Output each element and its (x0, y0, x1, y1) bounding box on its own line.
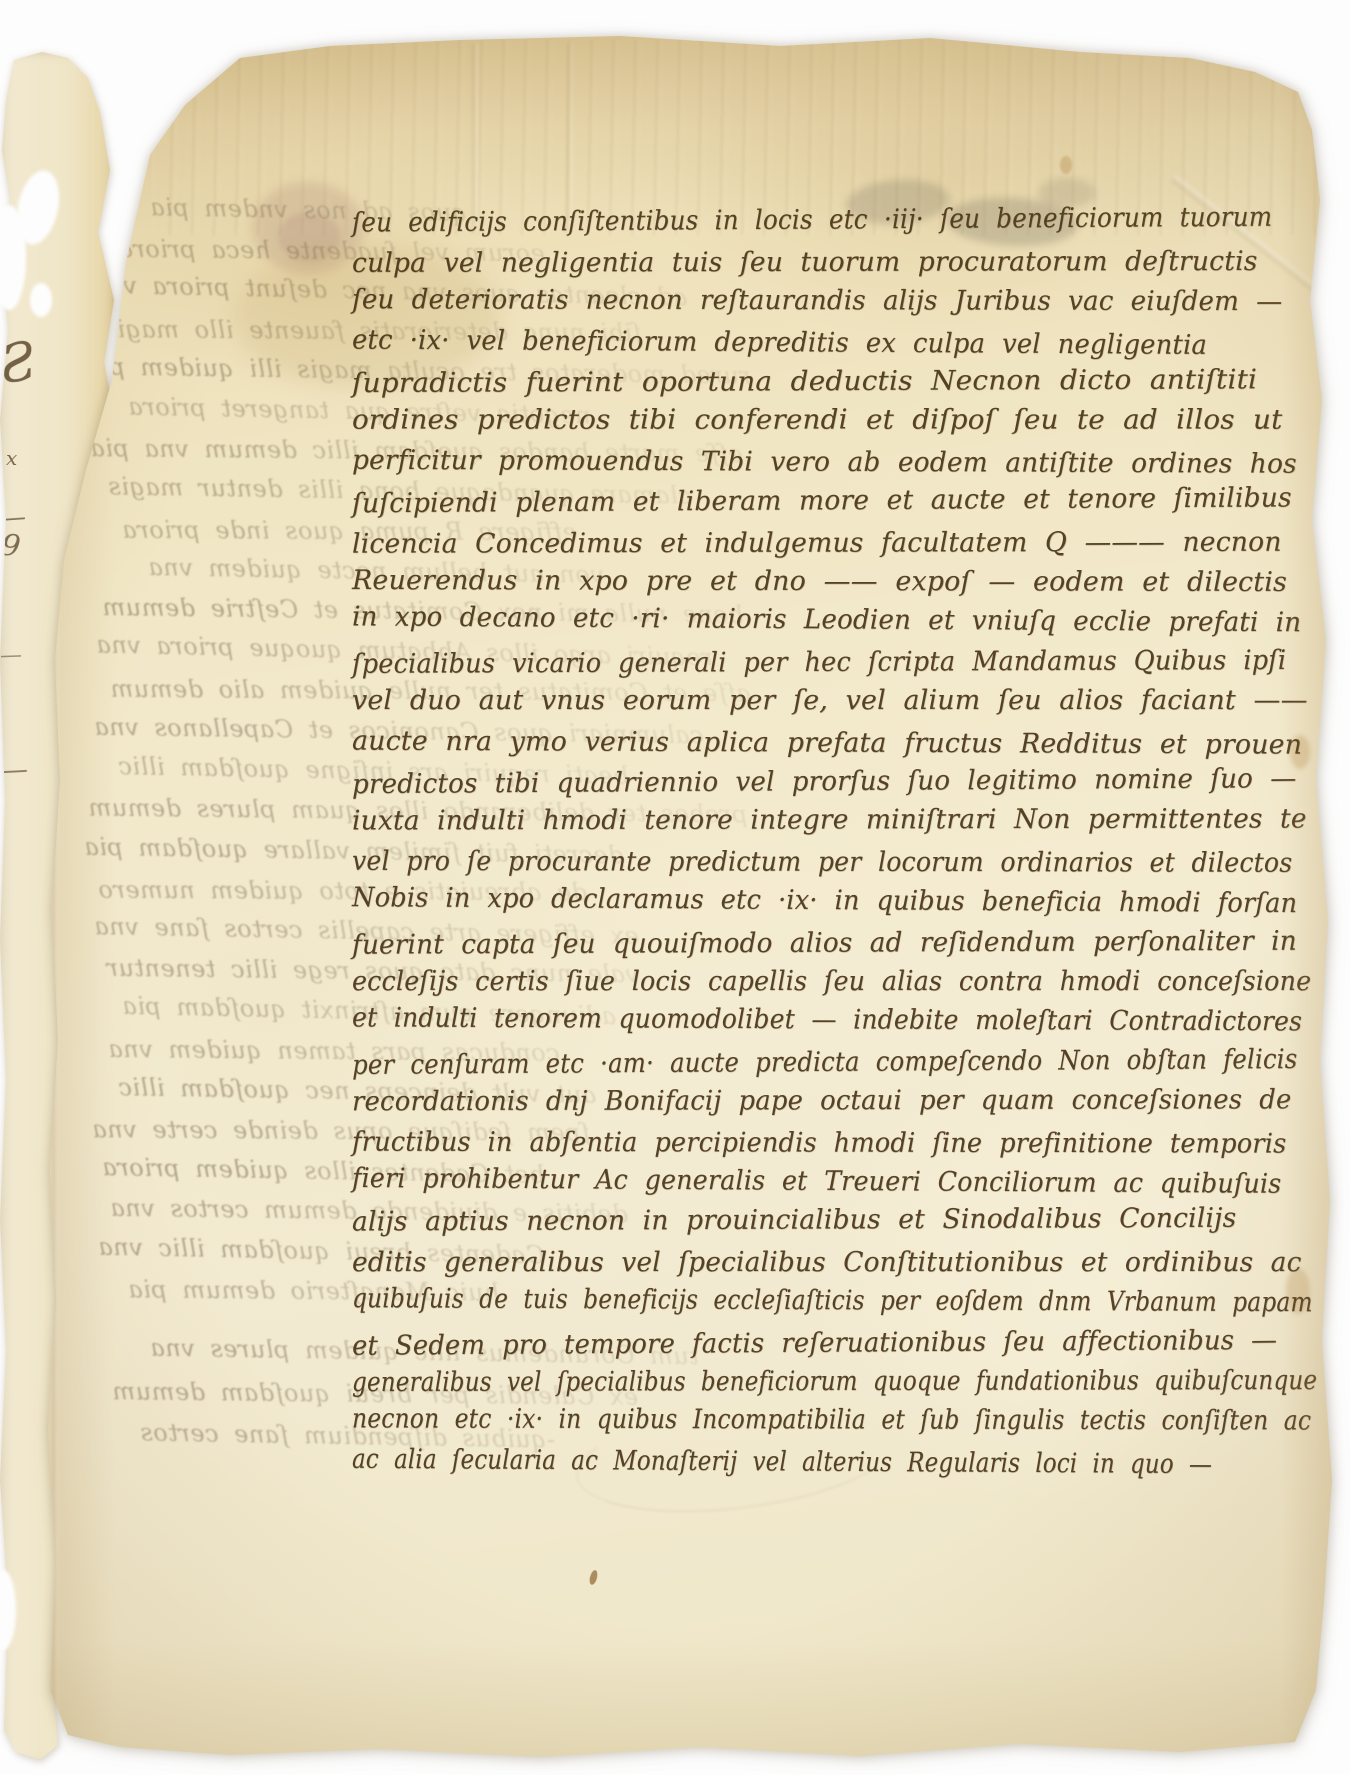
fragment-ink-mark: 9 (0, 531, 22, 563)
text-line: predictos tibi quadriennio vel prorſus ſ… (352, 759, 1332, 805)
text-line-ink: ſpecialibus vicario generali per hec ſcr… (352, 641, 1286, 685)
text-line-ink: ordines predictos tibi conferendi et diſ… (352, 400, 1282, 440)
worm-hole (129, 93, 148, 110)
rust-stain (1060, 156, 1072, 174)
text-line-ink: iuxta indulti hmodi tenore integre miniſ… (352, 799, 1307, 841)
text-line-ink: per cenſuram etc ·am· aucte predicta com… (352, 1040, 1298, 1086)
text-line: fructibus in abſentia percipiendis hmodi… (352, 1123, 1332, 1165)
manuscript-paper: quos ad nos vndem piaeorum vel ſuadente … (30, 36, 1340, 1770)
text-line-ink: et Sedem pro tempore factis reſeruationi… (352, 1321, 1277, 1367)
text-line-ink: ac alia ſecularia ac Monaſterij vel alte… (352, 1440, 1212, 1485)
text-line: et indulti tenorem quomodolibet — indebi… (352, 998, 1332, 1042)
text-line: quibuſuis de tuis beneficijs eccleſiaſti… (352, 1279, 1332, 1323)
text-line: generalibus vel ſpecialibus beneficiorum… (352, 1361, 1332, 1403)
text-line: Reuerendus in xpo pre et dno —— expoſ — … (352, 561, 1332, 603)
fragment-ink-mark: — (0, 504, 27, 532)
text-line-ink: perficitur promouendus Tibi vero ab eode… (352, 441, 1297, 485)
text-line-ink: ſeu edificijs conſiſtentibus in locis et… (352, 198, 1272, 244)
text-line: per cenſuram etc ·am· aucte predicta com… (352, 1040, 1332, 1086)
wine-stain (252, 182, 364, 274)
text-line-ink: generalibus vel ſpecialibus beneficiorum… (352, 1361, 1317, 1403)
text-line: et Sedem pro tempore factis reſeruationi… (352, 1321, 1332, 1367)
text-line-ink: predictos tibi quadriennio vel prorſus ſ… (352, 759, 1297, 805)
scanner-background: Ƨx—9—— (0, 0, 1350, 1775)
text-line-ink: etc ·ix· vel beneficiorum depreditis ex … (352, 321, 1207, 366)
text-line-ink: aucte nra ymo verius aplica prefata fruc… (352, 722, 1302, 766)
text-line-ink: eccleſijs certis ſiue locis capellis ſeu… (352, 962, 1311, 1002)
text-line: ſeu edificijs conſiſtentibus in locis et… (352, 197, 1332, 243)
text-line-ink: licencia Concedimus et indulgemus facult… (352, 523, 1282, 565)
text-line: fuerint capta ſeu quouiſmodo alios ad re… (352, 922, 1332, 966)
text-line: ſupradictis fuerint oportuna deductis Ne… (352, 360, 1332, 404)
text-line-ink: ſeu deterioratis necnon reſtaurandis ali… (352, 280, 1283, 322)
left-fold-crease (52, 520, 61, 1750)
text-line-ink: recordationis dnj Bonifacij pape octaui … (352, 1080, 1292, 1122)
text-line-ink: fuerint capta ſeu quouiſmodo alios ad re… (352, 922, 1297, 966)
text-line: ſeu deterioratis necnon reſtaurandis ali… (352, 280, 1332, 322)
text-line: iuxta indulti hmodi tenore integre miniſ… (352, 799, 1332, 841)
text-line: licencia Concedimus et indulgemus facult… (352, 523, 1332, 565)
text-line-ink: culpa vel negligentia tuis ſeu tuorum pr… (352, 242, 1258, 284)
text-line: ſpecialibus vicario generali per hec ſcr… (352, 641, 1332, 685)
text-line-ink: vel duo aut vnus eorum per ſe, vel alium… (352, 681, 1308, 721)
wine-stain (278, 212, 340, 262)
manuscript-page: quos ad nos vndem piaeorum vel ſuadente … (30, 36, 1340, 1770)
text-line-ink: fructibus in abſentia percipiendis hmodi… (352, 1123, 1287, 1165)
text-line-ink: editis generalibus vel ſpecialibus Conſt… (352, 1243, 1302, 1283)
recto-text-block: ſeu edificijs conſiſtentibus in locis et… (352, 202, 1332, 1482)
ink-speck (588, 1569, 599, 1585)
text-line: culpa vel negligentia tuis ſeu tuorum pr… (352, 242, 1332, 284)
text-line-ink: quibuſuis de tuis beneficijs eccleſiaſti… (352, 1279, 1313, 1323)
text-line: ordines predictos tibi conferendi et diſ… (352, 400, 1332, 440)
text-line: ſuſcipiendi plenam et liberam more et au… (352, 478, 1332, 524)
text-line-ink: Reuerendus in xpo pre et dno —— expoſ — … (352, 561, 1287, 603)
fragment-ink-mark: — (0, 645, 22, 668)
text-line: vel pro ſe procurante predictum per loco… (352, 842, 1332, 884)
text-line: in xpo decano etc ·ri· maioris Leodien e… (352, 597, 1332, 643)
text-line: editis generalibus vel ſpecialibus Conſt… (352, 1243, 1332, 1283)
fragment-ink-mark: x (6, 448, 17, 468)
text-line-ink: ſupradictis fuerint oportuna deductis Ne… (352, 360, 1257, 404)
fragment-ink-mark: — (0, 755, 29, 784)
text-line: eccleſijs certis ſiue locis capellis ſeu… (352, 962, 1332, 1002)
text-line: vel duo aut vnus eorum per ſe, vel alium… (352, 681, 1332, 721)
text-line-ink: in xpo decano etc ·ri· maioris Leodien e… (352, 597, 1301, 643)
text-line-ink: fieri prohibentur Ac generalis et Treuer… (352, 1159, 1282, 1205)
vertical-crease (565, 44, 574, 219)
text-line: recordationis dnj Bonifacij pape octaui … (352, 1080, 1332, 1122)
text-line-ink: alijs aptius necnon in prouincialibus et… (352, 1199, 1237, 1243)
text-line: necnon etc ·ix· in quibus Incompatibilia… (352, 1399, 1332, 1441)
text-line: ac alia ſecularia ac Monaſterij vel alte… (352, 1440, 1332, 1486)
text-line-ink: ſuſcipiendi plenam et liberam more et au… (352, 478, 1292, 524)
text-line-ink: vel pro ſe procurante predictum per loco… (352, 842, 1292, 884)
text-line: alijs aptius necnon in prouincialibus et… (352, 1198, 1332, 1242)
text-line-ink: necnon etc ·ix· in quibus Incompatibilia… (352, 1399, 1311, 1441)
text-line-ink: Nobis in xpo declaramus etc ·ix· in quib… (352, 878, 1297, 924)
text-line-ink: et indulti tenorem quomodolibet — indebi… (352, 998, 1302, 1042)
text-line: Nobis in xpo declaramus etc ·ix· in quib… (352, 878, 1332, 924)
